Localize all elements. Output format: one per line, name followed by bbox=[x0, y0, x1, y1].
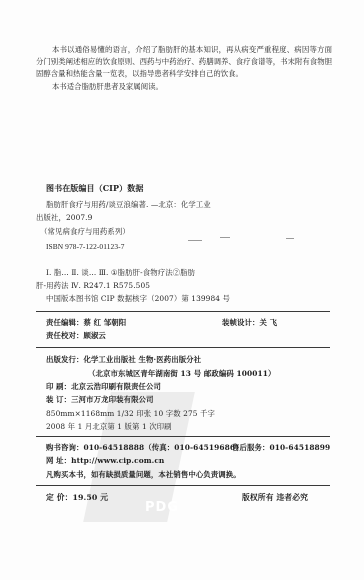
responsible-editor: 责任编辑：蔡 红 邹朝阳 bbox=[46, 318, 126, 328]
purchase-inquiry: 购书咨询：010-64518888（传真：010-64519686） bbox=[46, 443, 243, 453]
summary-paragraph-2: 本书适合脂肪肝患者及家属阅读。 bbox=[36, 81, 332, 93]
edition-info: 2008 年 1 月北京第 1 版第 1 次印刷 bbox=[46, 422, 172, 432]
book-summary: 本书以通俗易懂的语言，介绍了脂肪肝的基本知识，再从病变严重程度、病因等方面分门别… bbox=[36, 44, 332, 93]
book-format: 850mm×1168mm 1/32 印张 10 字数 275 千字 bbox=[46, 409, 215, 419]
publisher-address: （北京市东城区青年湖南街 13 号 邮政编码 100011） bbox=[88, 369, 275, 379]
scan-artifact bbox=[286, 238, 294, 239]
cip-classification-1: Ⅰ. 脂… Ⅱ. 谈… Ⅲ. ①脂肪肝-食物疗法②脂肪 bbox=[46, 268, 195, 278]
cip-classification-2: 肝-用药法 Ⅳ. R247.1 R575.505 bbox=[36, 281, 150, 291]
replacement-notice: 凡购买本书，如有缺损质量问题，本社销售中心负责调换。 bbox=[46, 470, 241, 480]
after-sales-service: 售后服务：010-64518899 bbox=[232, 443, 330, 453]
watermark-text: PDG bbox=[145, 500, 179, 515]
proofreader: 责任校对：顾淑云 bbox=[46, 331, 106, 341]
copyright-notice: 版权所有 违者必究 bbox=[242, 493, 308, 503]
divider-rule bbox=[36, 436, 330, 437]
divider-rule bbox=[36, 485, 330, 486]
cip-publisher-line: 出版社，2007.9 bbox=[36, 213, 92, 223]
cip-number: 中国版本图书馆 CIP 数据核字（2007）第 139984 号 bbox=[46, 294, 230, 304]
cover-designer: 装帧设计：关 飞 bbox=[222, 318, 277, 328]
isbn: ISBN 978-7-122-01123-7 bbox=[46, 242, 125, 252]
website: 网 址：http://www.cip.com.cn bbox=[46, 456, 164, 466]
publisher: 出版发行：化学工业出版社 生物·医药出版分社 bbox=[46, 355, 201, 365]
cip-series-line: （常见病食疗与用药系列） bbox=[40, 227, 130, 237]
divider-rule bbox=[36, 311, 330, 312]
scan-artifact bbox=[188, 240, 202, 241]
binder: 装 订：三河市万龙印装有限公司 bbox=[46, 395, 154, 405]
summary-paragraph-1: 本书以通俗易懂的语言，介绍了脂肪肝的基本知识，再从病变严重程度、病因等方面分门别… bbox=[36, 44, 332, 81]
printer: 印 刷：北京云浩印刷有限责任公司 bbox=[46, 382, 161, 392]
price: 定 价：19.50 元 bbox=[46, 493, 108, 503]
cip-heading: 图书在版编目（CIP）数据 bbox=[46, 183, 143, 193]
divider-rule bbox=[36, 347, 330, 348]
scan-artifact bbox=[220, 237, 230, 238]
cip-title-line: 脂肪肝食疗与用药/谈豆浪编著. —北京：化学工业 bbox=[46, 200, 211, 210]
copyright-page: PDG 本书以通俗易懂的语言，介绍了脂肪肝的基本知识，再从病变严重程度、病因等方… bbox=[0, 0, 364, 580]
